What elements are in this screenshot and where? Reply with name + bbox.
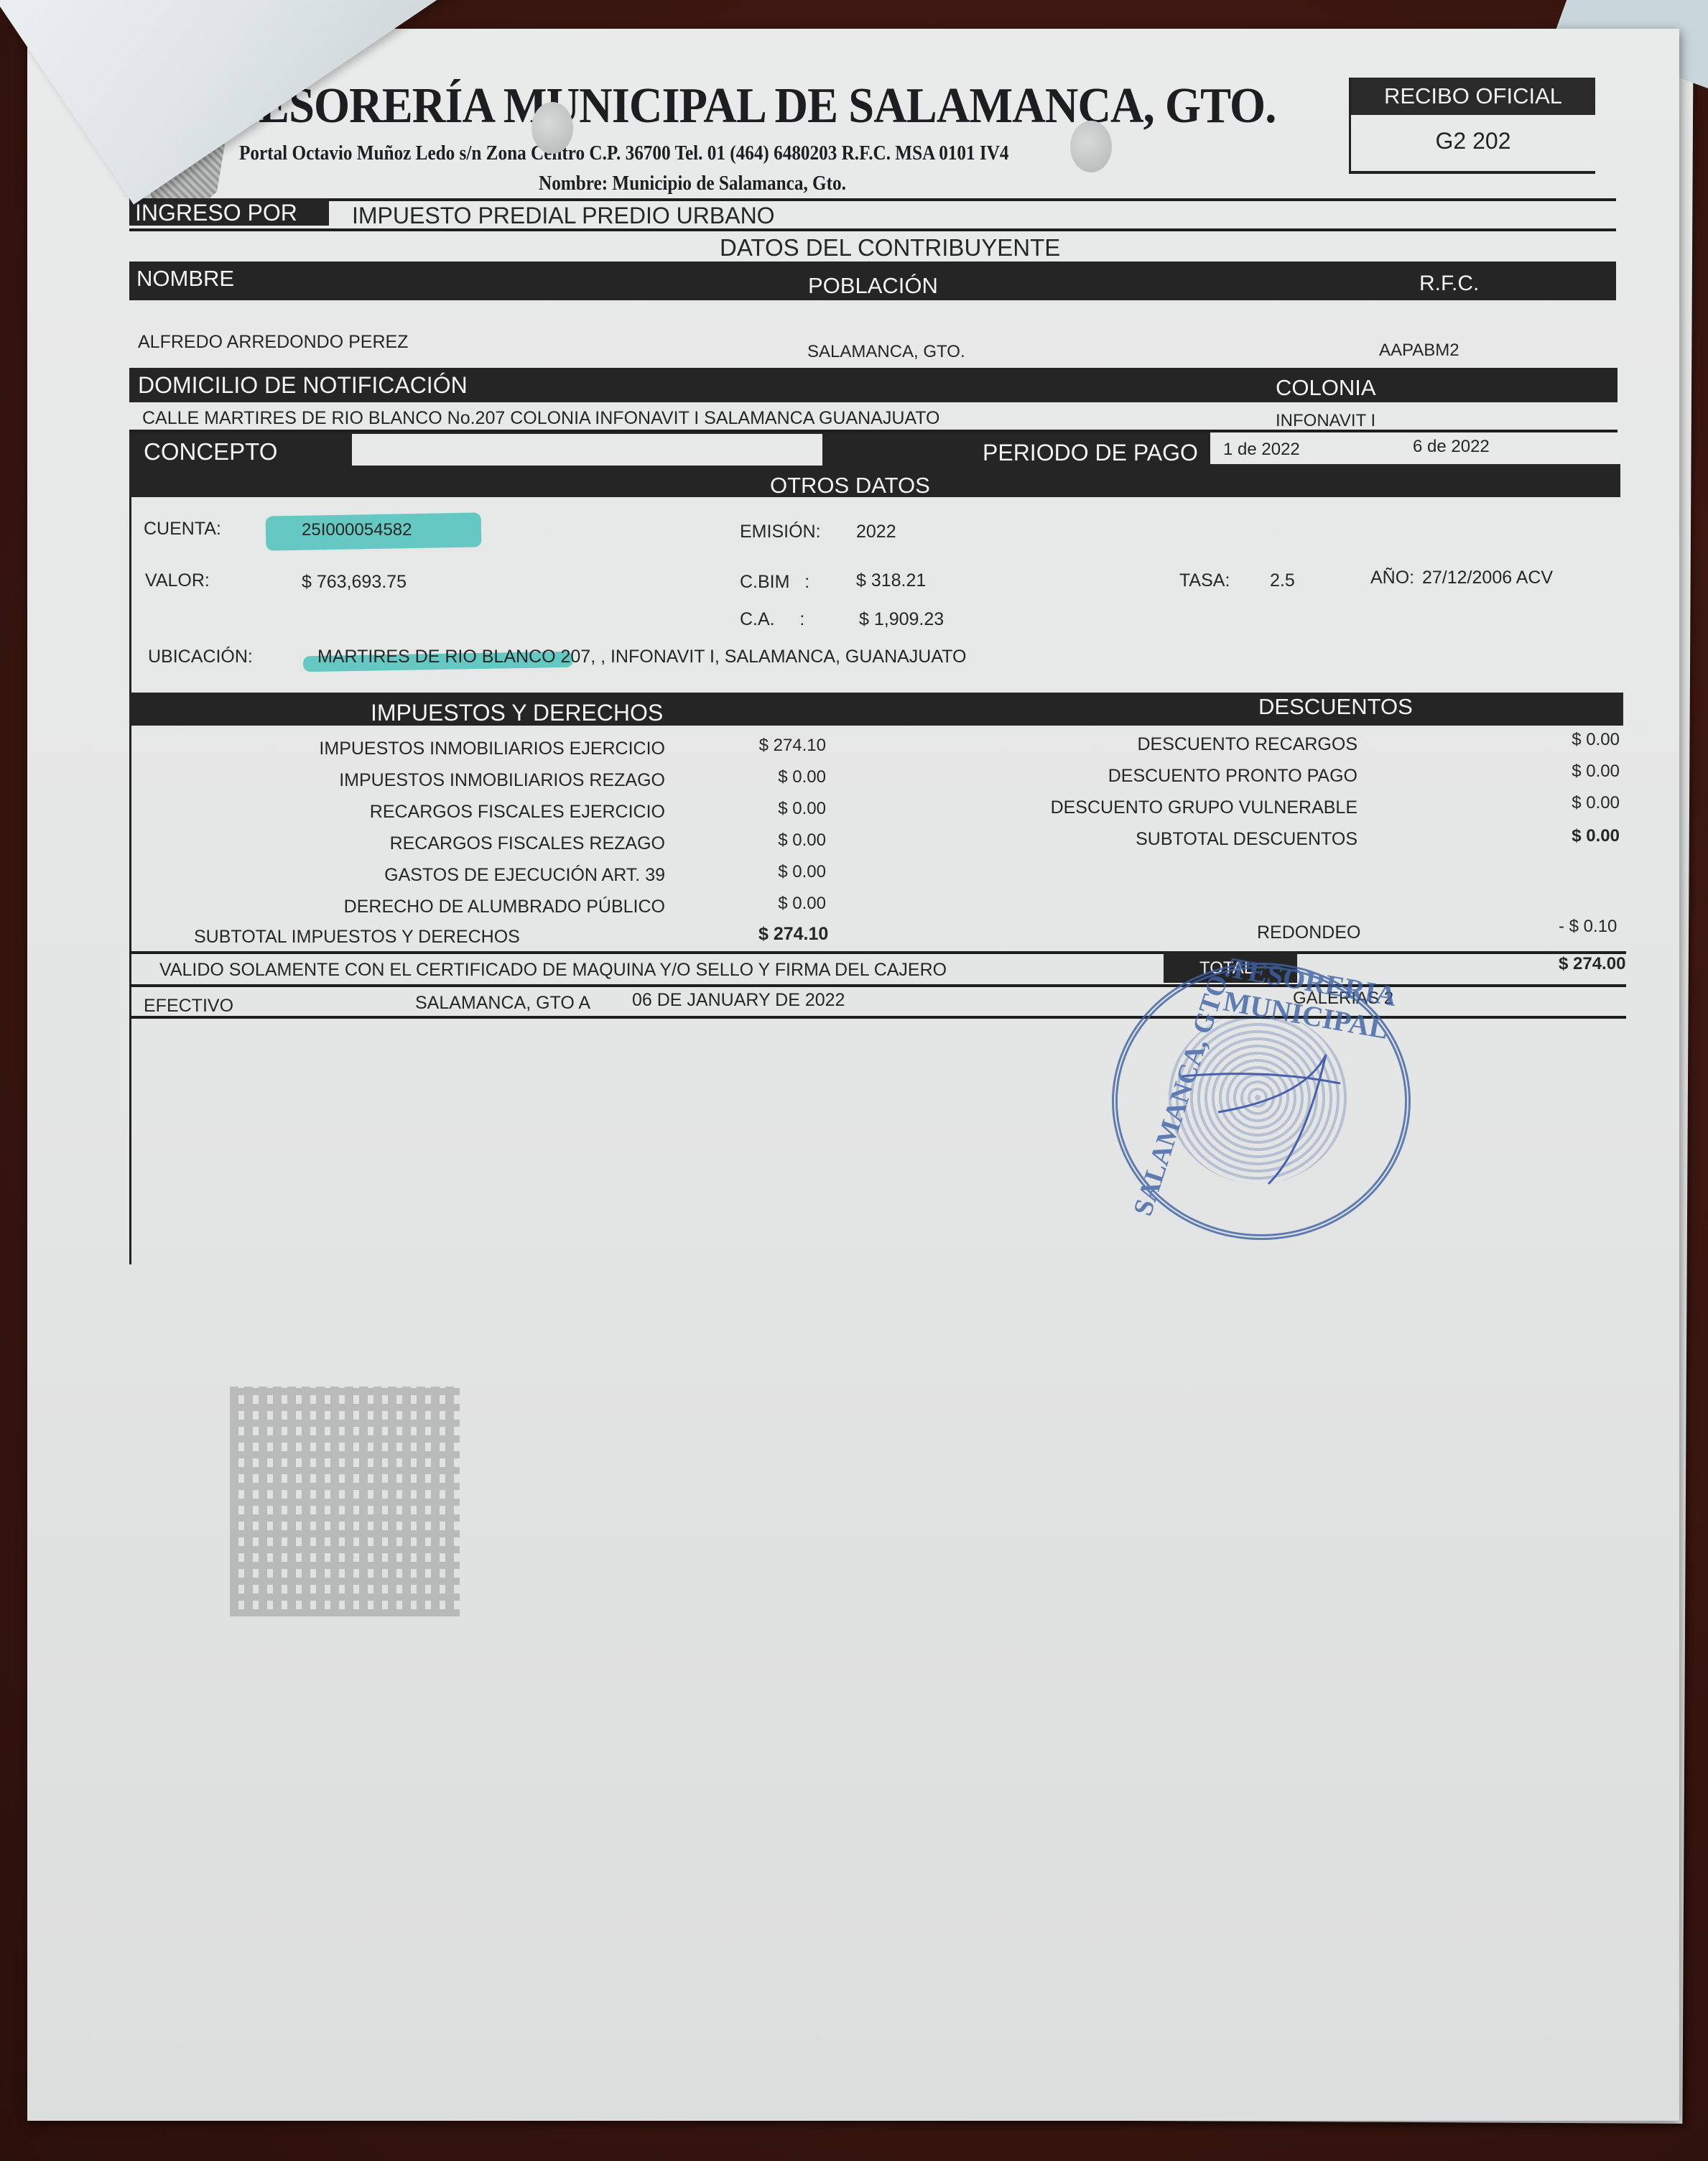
official-stamp: TESORERIA MUNICIPAL SALAMANCA, GTO. [1112,963,1411,1240]
ca-value: $ 1,909.23 [859,609,944,630]
domicilio-value: CALLE MARTIRES DE RIO BLANCO No.207 COLO… [142,408,940,429]
tasa-value: 2.5 [1270,570,1295,591]
domicilio-label: DOMICILIO DE NOTIFICACIÓN [138,372,468,399]
periodo-label: PERIODO DE PAGO [983,440,1198,466]
rfc-label: R.F.C. [1419,272,1479,296]
receipt-page: TESORERÍA MUNICIPAL DE SALAMANCA, GTO. P… [27,29,1679,2121]
contribuyente-header-bar: NOMBRE POBLACIÓN R.F.C. [129,262,1616,300]
contribuyente-section-title: DATOS DEL CONTRIBUYENTE [720,234,1060,262]
issuer-title: TESORERÍA MUNICIPAL DE SALAMANCA, GTO. [228,78,1276,135]
emision-value: 2022 [856,522,896,542]
anio-value: 27/12/2006 ACV [1422,568,1553,588]
valor-label: VALOR: [145,570,210,591]
cbim-value: $ 318.21 [856,570,926,591]
impuesto-row-amount: $ 274.10 [759,736,826,756]
impuestos-descuentos-bar: IMPUESTOS Y DERECHOS DESCUENTOS [129,693,1623,726]
otros-datos-title: OTROS DATOS [770,473,930,499]
punch-hole [1070,121,1112,172]
cbim-label: C.BIM : [740,572,809,593]
receipt-number-box: RECIBO OFICIAL G2 202 [1349,78,1595,174]
issuer-name: Nombre: Municipio de Salamanca, Gto. [539,172,846,195]
impuesto-row-label: IMPUESTOS INMOBILIARIOS REZAGO [339,770,665,791]
ubicacion-value: MARTIRES DE RIO BLANCO 207, , INFONAVIT … [317,647,966,667]
issuer-address: Portal Octavio Muñoz Ledo s/n Zona Centr… [239,142,1009,165]
periodo-desde: 1 de 2022 [1223,440,1300,460]
impuesto-row-amount: $ 0.00 [778,830,826,851]
impuesto-row-amount: $ 0.00 [778,799,826,819]
descuento-row-label: DESCUENTO GRUPO VULNERABLE [1051,797,1357,818]
receipt-folio: G2 202 [1351,115,1595,167]
ingreso-label-bar: INGRESO POR [129,198,329,226]
receipt-label: RECIBO OFICIAL [1351,78,1595,115]
ingreso-value: IMPUESTO PREDIAL PREDIO URBANO [352,203,775,229]
fecha-text: 06 DE JANUARY DE 2022 [632,990,845,1011]
left-border [129,497,131,1264]
concepto-bar: CONCEPTO PERIODO DE PAGO 1 de 2022 6 de … [129,432,1620,497]
concepto-value-field [352,434,822,466]
descuentos-subtotal-label: SUBTOTAL DESCUENTOS [1136,829,1357,850]
impuesto-row-amount: $ 0.00 [778,894,826,914]
concepto-label: CONCEPTO [144,438,277,466]
redondeo-label: REDONDEO [1257,922,1360,943]
poblacion-label: POBLACIÓN [808,273,938,299]
descuento-row-label: DESCUENTO PRONTO PAGO [1108,766,1357,787]
colonia-label: COLONIA [1276,375,1376,401]
descuentos-title: DESCUENTOS [1258,694,1413,720]
poblacion-value: SALAMANCA, GTO. [807,342,965,362]
redondeo-value: - $ 0.10 [1559,917,1617,937]
descuento-row-label: DESCUENTO RECARGOS [1137,734,1357,755]
impuesto-row-amount: $ 0.00 [778,767,826,787]
impuestos-title: IMPUESTOS Y DERECHOS [371,700,663,726]
periodo-field: 1 de 2022 6 de 2022 [1210,432,1620,464]
impuesto-row-label: GASTOS DE EJECUCIÓN ART. 39 [384,865,665,886]
divider [129,951,1626,954]
anio-label: AÑO: [1370,568,1414,588]
impuesto-row-label: DERECHO DE ALUMBRADO PÚBLICO [344,897,665,917]
total-value: $ 274.00 [1559,954,1625,974]
nombre-label: NOMBRE [136,266,234,292]
ingreso-label: INGRESO POR [135,200,297,226]
validez-text: VALIDO SOLAMENTE CON EL CERTIFICADO DE M… [159,960,947,981]
impuesto-row-label: RECARGOS FISCALES EJERCICIO [370,802,665,823]
cuenta-value: 25I000054582 [302,520,412,540]
periodo-hasta: 6 de 2022 [1413,437,1490,457]
nombre-value: ALFREDO ARREDONDO PEREZ [138,332,408,353]
domicilio-header-bar: DOMICILIO DE NOTIFICACIÓN COLONIA [129,368,1618,402]
divider [329,198,1616,201]
impuestos-subtotal-value: $ 274.10 [758,924,828,945]
forma-pago: EFECTIVO [144,996,233,1017]
signature-icon [1161,1004,1376,1191]
colonia-value: INFONAVIT I [1276,411,1375,431]
descuento-row-amount: $ 0.00 [1572,762,1620,782]
punch-hole [532,102,573,154]
ca-label: C.A. : [740,609,804,630]
tasa-label: TASA: [1179,570,1230,591]
cuenta-label: CUENTA: [144,519,221,540]
impuestos-subtotal-label: SUBTOTAL IMPUESTOS Y DERECHOS [194,927,520,948]
ubicacion-label: UBICACIÓN: [148,647,253,667]
lugar-text: SALAMANCA, GTO A [415,993,590,1014]
descuento-row-amount: $ 0.00 [1572,793,1620,813]
impuesto-row-label: IMPUESTOS INMOBILIARIOS EJERCICIO [319,739,665,759]
impuesto-row-label: RECARGOS FISCALES REZAGO [390,833,665,854]
impuesto-row-amount: $ 0.00 [778,862,826,882]
divider [129,228,1616,231]
descuentos-subtotal-value: $ 0.00 [1572,826,1620,846]
descuento-row-amount: $ 0.00 [1572,730,1620,750]
rfc-value: AAPABM2 [1379,341,1459,361]
emision-label: EMISIÓN: [740,522,821,542]
qr-code-bleedthrough [230,1387,460,1616]
valor-value: $ 763,693.75 [302,572,407,593]
